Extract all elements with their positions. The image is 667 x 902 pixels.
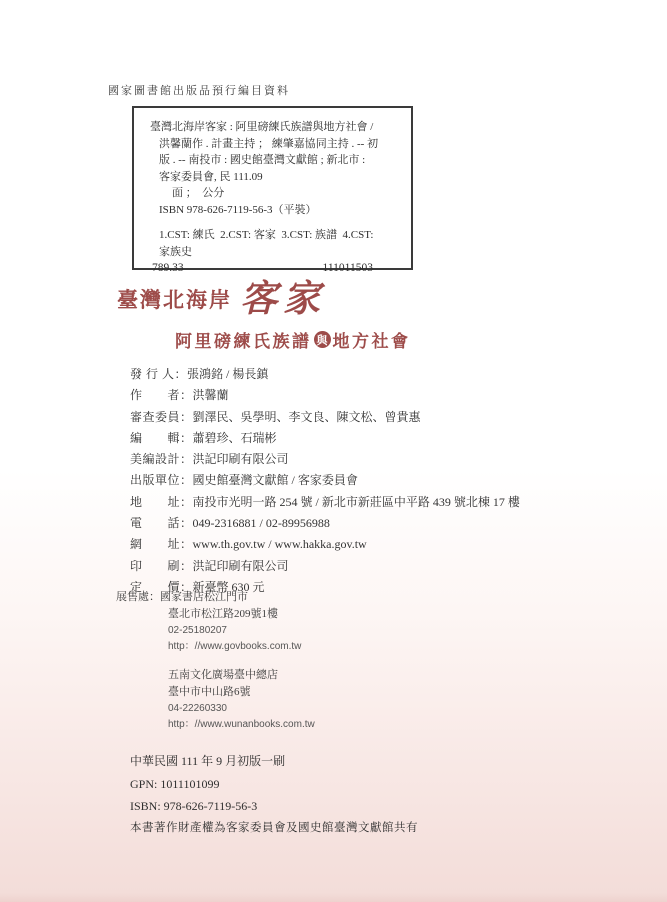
cip-line: 版 . -- 南投市 : 國史館臺灣文獻館 ; 新北市 : <box>159 152 399 169</box>
detail-value: 劉澤民、吳學明、李文良、陳文松、曾貴惠 <box>193 410 421 424</box>
cip-line: 面 ； 公分 <box>172 185 399 202</box>
cip-numbers-row: 789.33 111011503 <box>150 260 399 279</box>
subtitle-right: 地方社會 <box>333 327 411 352</box>
detail-row-design: 美編設計：洪記印刷有限公司 <box>130 449 520 470</box>
store-phone: 04-22260330 <box>168 701 315 717</box>
book-subtitle: 阿里磅練氏族譜 與 地方社會 <box>175 327 411 352</box>
edition-info-block: 中華民國 111 年 9 月初版一刷 GPN: 1011101099 ISBN:… <box>130 750 285 818</box>
detail-label: 編 輯： <box>130 431 193 445</box>
subtitle-left: 阿里磅練氏族譜 <box>175 327 312 352</box>
book-title-block: 臺灣北海岸 客家 阿里磅練氏族譜 與 地方社會 <box>117 281 411 352</box>
store-address: 臺中市中山路6號 <box>168 684 315 701</box>
detail-row-printer: 印 刷：洪記印刷有限公司 <box>130 556 520 577</box>
detail-row-publisher-person: 發 行 人：張鴻銘 / 楊長鎮 <box>130 364 520 385</box>
detail-label: 地 址： <box>130 495 193 509</box>
store-name: 國家書店松江門市 <box>160 591 248 603</box>
detail-value: 洪記印刷有限公司 <box>193 452 289 466</box>
store-name: 五南文化廣場臺中總店 <box>168 667 315 684</box>
detail-row-reviewers: 審查委員：劉澤民、吳學明、李文良、陳文松、曾貴惠 <box>130 407 520 428</box>
book-title-line1: 臺灣北海岸 客家 <box>117 281 411 318</box>
detail-label: 電 話： <box>130 516 193 530</box>
copyright-statement: 本書著作財產權為客家委員會及國史館臺灣文獻館共有 <box>130 819 418 835</box>
detail-row-author: 作 者：洪馨蘭 <box>130 385 520 406</box>
gpn-number: GPN: 1011101099 <box>130 773 285 796</box>
colophon-page: 國家圖書館出版品預行編目資料 臺灣北海岸客家 : 阿里磅練氏族譜與地方社會 / … <box>0 0 667 902</box>
sales-label: 展售處： <box>116 591 160 603</box>
detail-row-editors: 編 輯：蕭碧珍、石瑞彬 <box>130 428 520 449</box>
cip-cst-line: 1.CST: 練氏 2.CST: 客家 3.CST: 族譜 4.CST: <box>159 227 399 244</box>
detail-value: www.th.gov.tw / www.hakka.gov.tw <box>193 537 367 551</box>
isbn-number: ISBN: 978-626-7119-56-3 <box>130 795 285 818</box>
detail-label: 審查委員： <box>130 410 193 424</box>
store-address: 臺北市松江路209號1樓 <box>168 606 315 623</box>
detail-value: 洪馨蘭 <box>193 388 229 402</box>
detail-label: 作 者： <box>130 388 193 402</box>
detail-label: 出版單位： <box>130 473 193 487</box>
detail-row-phone: 電 話：049-2316881 / 02-89956988 <box>130 513 520 534</box>
cip-box: 臺灣北海岸客家 : 阿里磅練氏族譜與地方社會 / 洪馨蘭作 . 計畫主持 ； 練… <box>132 106 413 270</box>
store-url: http：//www.govbooks.com.tw <box>168 639 315 655</box>
detail-value: 國史館臺灣文獻館 / 客家委員會 <box>193 473 358 487</box>
detail-label: 發 行 人： <box>130 367 187 381</box>
store-block-wunan: 五南文化廣場臺中總店 臺中市中山路6號 04-22260330 http：//w… <box>168 667 315 733</box>
edition-date: 中華民國 111 年 9 月初版一刷 <box>130 750 285 773</box>
subtitle-circle-character: 與 <box>314 331 331 348</box>
cip-line: 洪馨蘭作 . 計畫主持 ； 練肇嘉協同主持 . -- 初 <box>159 136 399 153</box>
cip-header: 國家圖書館出版品預行編目資料 <box>108 82 290 98</box>
store-phone: 02-25180207 <box>168 623 315 639</box>
cip-line: 臺灣北海岸客家 : 阿里磅練氏族譜與地方社會 / <box>150 119 399 136</box>
detail-value: 洪記印刷有限公司 <box>193 559 289 573</box>
cip-cst-block: 1.CST: 練氏 2.CST: 客家 3.CST: 族譜 4.CST: 家族史 <box>150 227 399 260</box>
detail-value: 張鴻銘 / 楊長鎮 <box>187 367 268 381</box>
detail-value: 南投市光明一路 254 號 / 新北市新莊區中平路 439 號北棟 17 樓 <box>193 495 520 509</box>
sales-first-line: 展售處：國家書店松江門市 <box>116 589 315 606</box>
publication-details-list: 發 行 人：張鴻銘 / 楊長鎮 作 者：洪馨蘭 審查委員：劉澤民、吳學明、李文良… <box>130 364 520 598</box>
detail-label: 網 址： <box>130 537 193 551</box>
cip-cst-line: 家族史 <box>159 244 399 261</box>
cip-isbn-line: ISBN 978-626-7119-56-3（平裝） <box>159 202 399 219</box>
detail-value: 蕭碧珍、石瑞彬 <box>193 431 277 445</box>
sales-outlets-section: 展售處：國家書店松江門市 臺北市松江路209號1樓 02-25180207 ht… <box>116 589 315 733</box>
title-prefix: 臺灣北海岸 <box>117 284 232 318</box>
cip-line: 客家委員會, 民 111.09 <box>159 169 399 186</box>
detail-row-publishing-unit: 出版單位：國史館臺灣文獻館 / 客家委員會 <box>130 470 520 491</box>
detail-label: 印 刷： <box>130 559 193 573</box>
cip-record-number: 111011503 <box>323 260 373 277</box>
store-url: http：//www.wunanbooks.com.tw <box>168 717 315 733</box>
title-main-calligraphy: 客家 <box>240 281 326 318</box>
detail-row-website: 網 址：www.th.gov.tw / www.hakka.gov.tw <box>130 534 520 555</box>
detail-row-address: 地 址：南投市光明一路 254 號 / 新北市新莊區中平路 439 號北棟 17… <box>130 492 520 513</box>
store-block-govbooks: 臺北市松江路209號1樓 02-25180207 http：//www.govb… <box>168 606 315 655</box>
detail-label: 美編設計： <box>130 452 193 466</box>
detail-value: 049-2316881 / 02-89956988 <box>193 516 330 530</box>
cip-class-number: 789.33 <box>152 260 184 277</box>
